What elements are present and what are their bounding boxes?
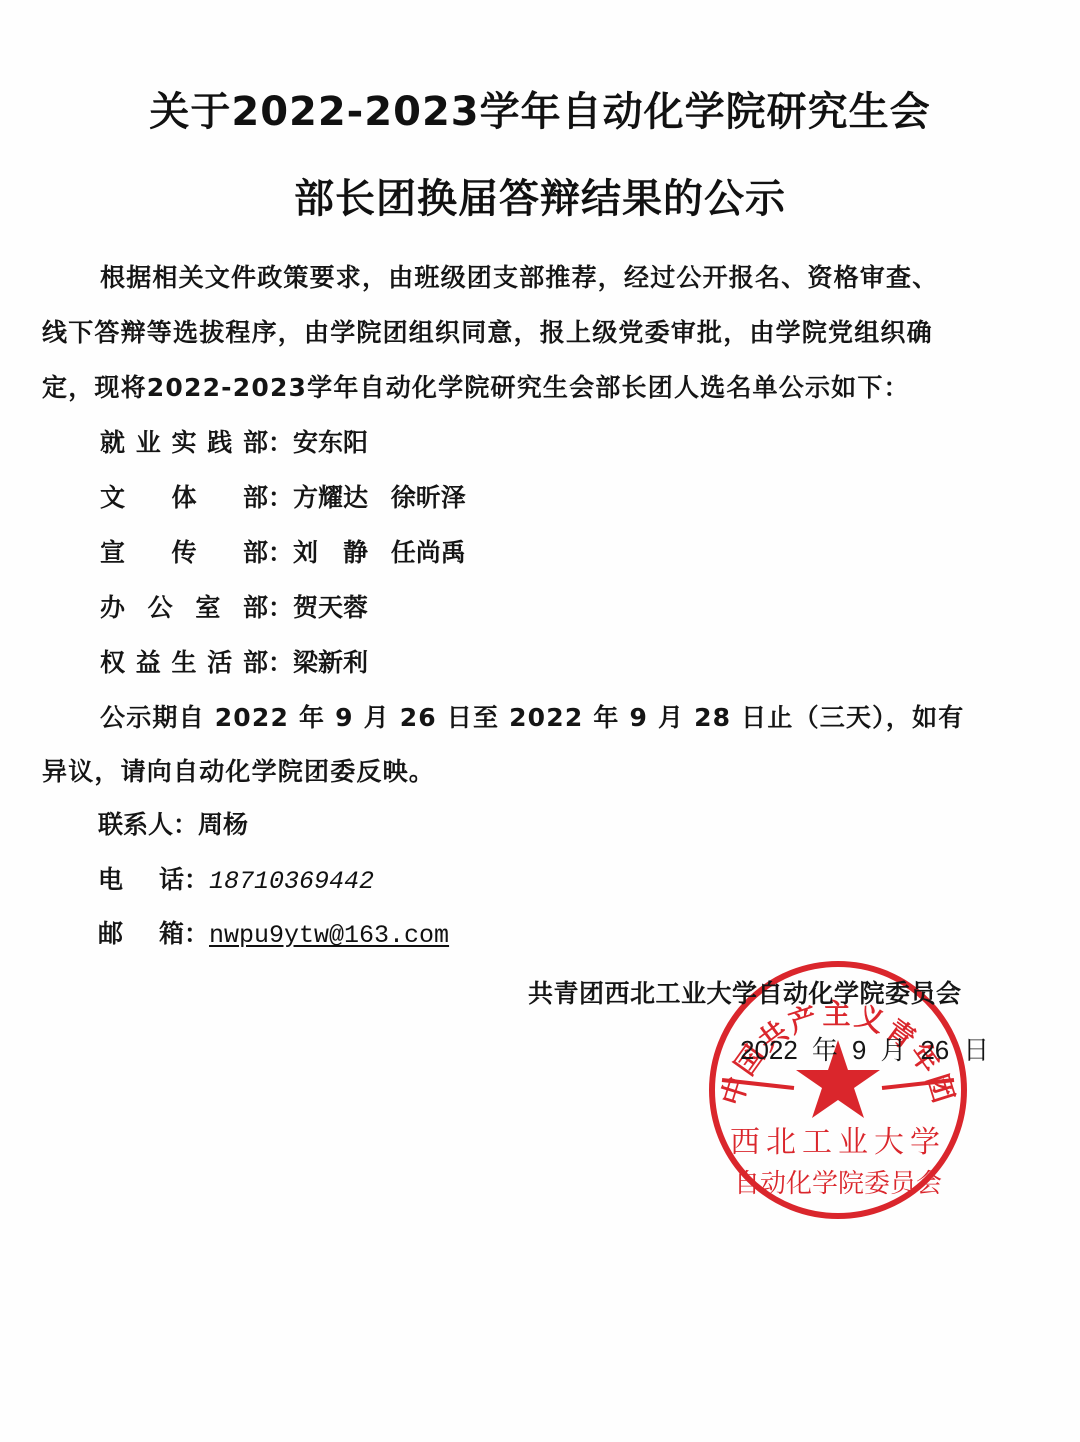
date-day-unit: 日 xyxy=(963,1036,989,1066)
department-label: 文体部 xyxy=(100,478,268,514)
department-row-employment: 就业实践部 ： 安东阳 xyxy=(100,423,382,459)
colon: ： xyxy=(184,914,209,950)
stamp-line-2: 自动化学院委员会 xyxy=(734,1169,942,1199)
signature-organization: 共青团西北工业大学自动化学院委员会 xyxy=(528,974,962,1010)
colon: ： xyxy=(268,643,293,679)
contact-phone-row: 电话 ： 18710369442 xyxy=(98,860,374,896)
department-label: 办公室部 xyxy=(100,588,268,624)
colon: ： xyxy=(268,423,293,459)
member-name: 安东阳 xyxy=(293,428,368,457)
member-name: 梁新利 xyxy=(293,648,368,677)
publicity-period-line-2: 异议，请向自动化学院团委反映。 xyxy=(42,752,435,788)
department-members: 刘 静 任尚禹 xyxy=(293,533,480,569)
department-label: 权益生活部 xyxy=(100,643,268,679)
contact-phone-number: 18710369442 xyxy=(209,867,374,896)
document-page: 关于2022-2023学年自动化学院研究生会 部长团换届答辩结果的公示 根据相关… xyxy=(0,0,1080,1442)
colon: ： xyxy=(268,478,293,514)
member-name: 刘 静 xyxy=(293,538,368,567)
stamp-line-1: 西北工业大学 xyxy=(730,1125,946,1160)
department-row-publicity: 宣传部 ： 刘 静 任尚禹 xyxy=(100,533,480,569)
date-day: 26 xyxy=(920,1035,949,1065)
intro-line-2: 线下答辩等选拔程序，由学院团组织同意，报上级党委审批，由学院党组织确 xyxy=(42,313,933,349)
date-year-unit: 年 xyxy=(812,1036,838,1066)
document-title-line-2: 部长团换届答辩结果的公示 xyxy=(0,167,1080,224)
contact-person-name: 周杨 xyxy=(198,805,248,841)
intro-line-3: 定，现将2022-2023学年自动化学院研究生会部长团人选名单公示如下： xyxy=(42,368,910,404)
publicity-period-line-1: 公示期自 2022 年 9 月 26 日至 2022 年 9 月 28 日止（三… xyxy=(100,698,964,734)
department-row-rights-life: 权益生活部 ： 梁新利 xyxy=(100,643,382,679)
department-members: 贺天蓉 xyxy=(293,588,382,624)
colon: ： xyxy=(173,805,198,841)
contact-email-row: 邮箱 ： nwpu9ytw@163.com xyxy=(98,914,449,950)
signature-date: 2022年9月26日 xyxy=(740,1030,989,1067)
contact-phone-label: 电话 xyxy=(98,860,184,896)
contact-email-label: 邮箱 xyxy=(98,914,184,950)
date-month: 9 xyxy=(852,1035,866,1065)
department-members: 安东阳 xyxy=(293,423,382,459)
contact-person-row: 联系人 ： 周杨 xyxy=(98,805,248,841)
date-year: 2022 xyxy=(740,1035,798,1065)
colon: ： xyxy=(268,588,293,624)
colon: ： xyxy=(268,533,293,569)
contact-email-link[interactable]: nwpu9ytw@163.com xyxy=(209,921,449,950)
member-name: 任尚禹 xyxy=(391,538,466,567)
department-row-culture-sports: 文体部 ： 方耀达 徐昕泽 xyxy=(100,478,480,514)
department-members: 梁新利 xyxy=(293,643,382,679)
department-row-office: 办公室部 ： 贺天蓉 xyxy=(100,588,382,624)
department-label: 宣传部 xyxy=(100,533,268,569)
date-month-unit: 月 xyxy=(880,1036,906,1066)
department-label: 就业实践部 xyxy=(100,423,268,459)
department-members: 方耀达 徐昕泽 xyxy=(293,478,480,514)
member-name: 方耀达 xyxy=(293,483,368,512)
colon: ： xyxy=(184,860,209,896)
document-title-line-1: 关于2022-2023学年自动化学院研究生会 xyxy=(0,80,1080,137)
intro-line-1: 根据相关文件政策要求，由班级团支部推荐，经过公开报名、资格审查、 xyxy=(100,258,938,294)
member-name: 徐昕泽 xyxy=(391,483,466,512)
contact-person-label: 联系人 xyxy=(98,805,173,841)
member-name: 贺天蓉 xyxy=(293,593,368,622)
